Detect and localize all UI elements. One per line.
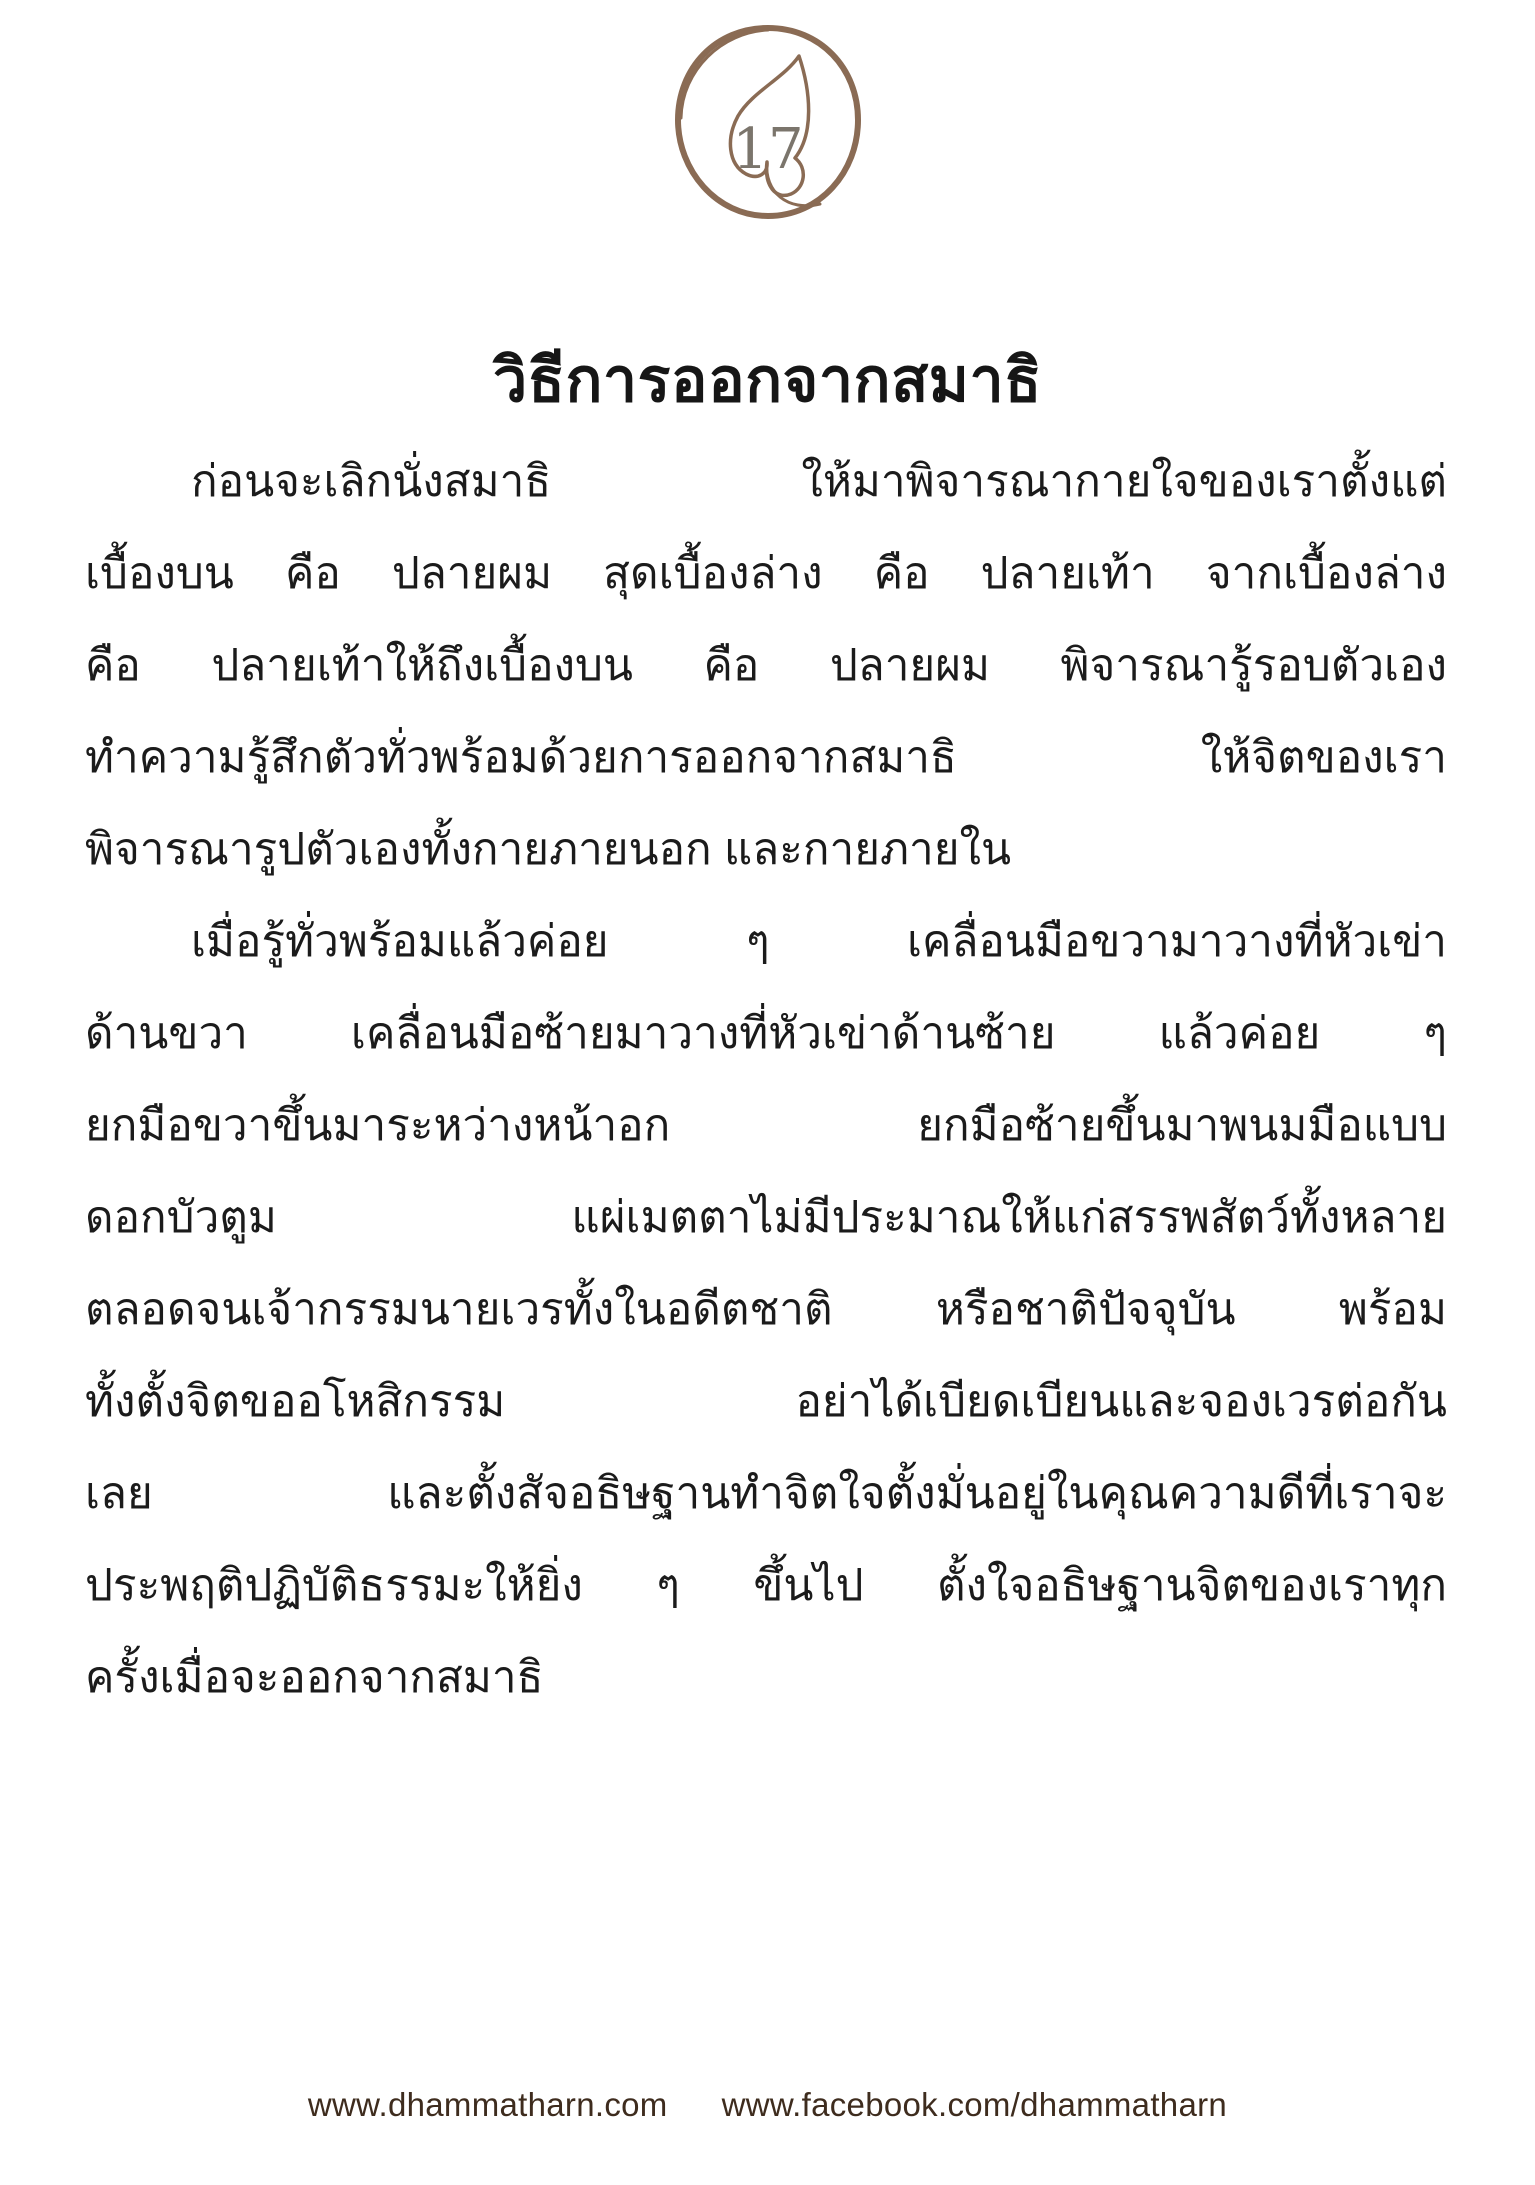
body-line: พิจารณารูปตัวเองทั้งกายภายนอก และกายภายใ… [85,804,1447,896]
paragraph: ก่อนจะเลิกนั่งสมาธิ ให้มาพิจารณากายใจของ… [85,436,1447,896]
body-line: เบื้องบน คือ ปลายผม สุดเบื้องล่าง คือ ปล… [85,528,1447,620]
body-line: ทั้งตั้งจิตขออโหสิกรรม อย่าได้เบียดเบียน… [85,1356,1447,1448]
body-line: ด้านขวา เคลื่อนมือซ้ายมาวางที่หัวเข่าด้า… [85,988,1447,1080]
page-number: 17 [732,117,803,182]
body-line: ทำความรู้สึกตัวทั่วพร้อมด้วยการออกจากสมา… [85,712,1447,804]
bodhi-leaf-emblem-icon: 17 [668,16,868,228]
paragraph: เมื่อรู้ทั่วพร้อมแล้วค่อย ๆ เคลื่อนมือขว… [85,896,1447,1724]
body-text: ก่อนจะเลิกนั่งสมาธิ ให้มาพิจารณากายใจของ… [85,436,1447,1724]
footer-website-url: www.dhammatharn.com [308,2086,668,2124]
body-line: ดอกบัวตูม แผ่เมตตาไม่มีประมาณให้แก่สรรพส… [85,1172,1447,1264]
footer: www.dhammatharn.com www.facebook.com/dha… [0,2086,1535,2124]
body-line: เมื่อรู้ทั่วพร้อมแล้วค่อย ๆ เคลื่อนมือขว… [85,896,1447,988]
body-line: เลย และตั้งสัจอธิษฐานทำจิตใจตั้งมั่นอยู่… [85,1448,1447,1540]
body-line: ตลอดจนเจ้ากรรมนายเวรทั้งในอดีตชาติ หรือช… [85,1264,1447,1356]
body-line: ยกมือขวาขึ้นมาระหว่างหน้าอก ยกมือซ้ายขึ้… [85,1080,1447,1172]
body-line: ครั้งเมื่อจะออกจากสมาธิ [85,1632,1447,1724]
body-line: ก่อนจะเลิกนั่งสมาธิ ให้มาพิจารณากายใจของ… [85,436,1447,528]
document-page: 17 วิธีการออกจากสมาธิ ก่อนจะเลิกนั่งสมาธ… [0,0,1535,2185]
page-title: วิธีการออกจากสมาธิ [0,332,1535,428]
emblem-circle-overstroke [681,30,768,118]
body-line: ประพฤติปฏิบัติธรรมะให้ยิ่ง ๆ ขึ้นไป ตั้ง… [85,1540,1447,1632]
body-line: คือ ปลายเท้าให้ถึงเบื้องบน คือ ปลายผม พิ… [85,620,1447,712]
footer-facebook-url: www.facebook.com/dhammatharn [722,2086,1227,2124]
